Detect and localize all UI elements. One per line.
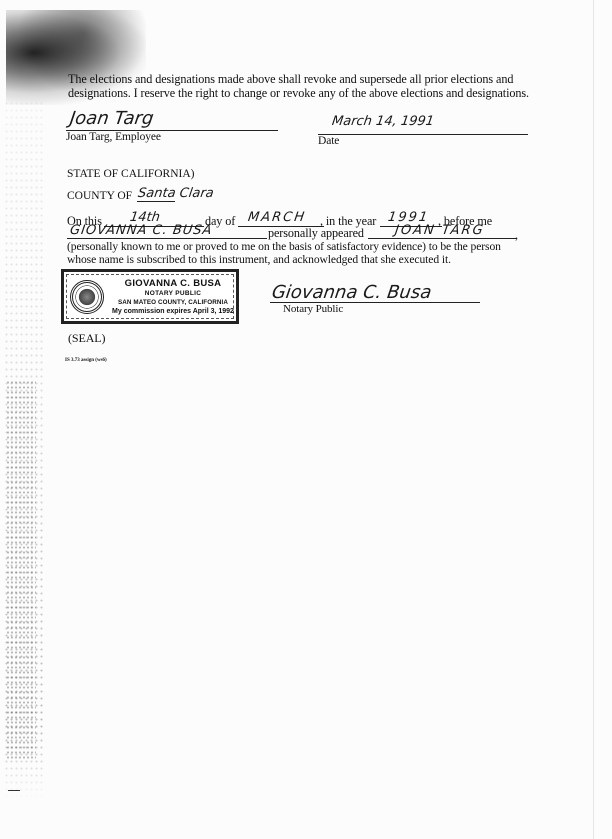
notary-signature-caption: Notary Public	[283, 302, 343, 316]
appeared-comma: ,	[515, 228, 518, 242]
employee-signature: Joan Targ	[69, 108, 155, 129]
notary-name-value: GIOVANNA C. BUSA	[69, 223, 214, 238]
page-edge-shadow	[593, 0, 594, 839]
stamp-title: NOTARY PUBLIC	[108, 290, 238, 297]
date-line	[318, 134, 528, 135]
county-value: Santa Clara	[137, 186, 215, 201]
notary-seal-icon	[70, 280, 104, 314]
date-caption: Date	[318, 134, 339, 148]
scan-noise-left-edge-lower	[6, 380, 36, 760]
employee-signature-caption: Joan Targ, Employee	[66, 130, 161, 144]
document-page: The elections and designations made abov…	[0, 0, 612, 839]
month-value: MARCH	[247, 210, 307, 225]
appeared-person-line	[368, 238, 516, 239]
personally-appeared-label: personally appeared	[268, 226, 364, 240]
notary-stamp: GIOVANNA C. BUSA NOTARY PUBLIC SAN MATEO…	[61, 269, 239, 324]
scan-mark	[8, 790, 20, 791]
acknowledgment-line-3: (personally known to me or proved to me …	[67, 240, 501, 254]
appeared-person-value: JOAN TARG	[394, 223, 486, 238]
elections-paragraph-line-2: designations. I reserve the right to cha…	[68, 86, 529, 100]
stamp-notary-name: GIOVANNA C. BUSA	[108, 278, 238, 289]
stamp-county: SAN MATEO COUNTY, CALIFORNIA	[108, 299, 238, 306]
notary-signature: Giovanna C. Busa	[271, 282, 433, 303]
signature-date-value: March 14, 1991	[331, 114, 435, 129]
seal-label: (SEAL)	[68, 331, 105, 345]
elections-paragraph-line-1: The elections and designations made abov…	[68, 72, 513, 86]
county-label: COUNTY OF	[67, 189, 132, 203]
county-underline	[137, 201, 175, 202]
acknowledgment-line-4: whose name is subscribed to this instrum…	[67, 253, 451, 267]
form-code: IS 3.73 assign (ws6)	[65, 358, 107, 363]
notary-name-line	[67, 238, 267, 239]
state-line: STATE OF CALIFORNIA)	[67, 167, 195, 181]
stamp-commission-expiry: My commission expires April 3, 1992	[108, 308, 238, 315]
